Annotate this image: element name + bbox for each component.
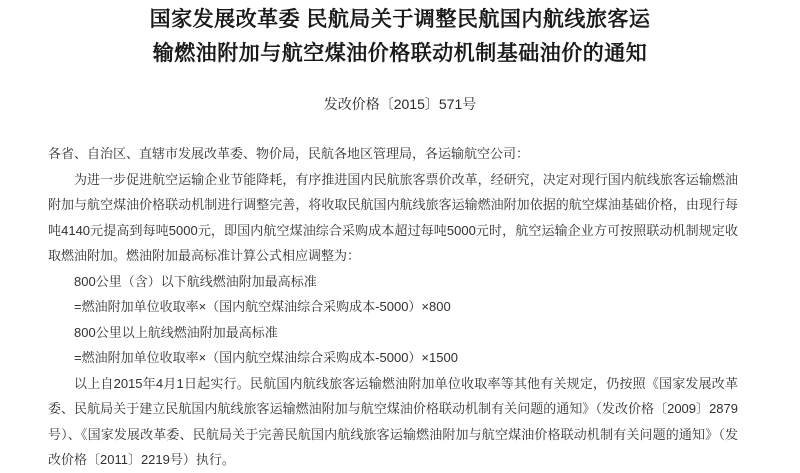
document-number: 发改价格〔2015〕571号 xyxy=(0,94,800,114)
body-paragraph: 为进一步促进航空运输企业节能降耗，有序推进国内民航旅客票价改革，经研究，决定对现… xyxy=(48,167,738,269)
document-title-line-1: 国家发展改革委 民航局关于调整民航国内航线旅客运 xyxy=(0,3,800,37)
body-paragraph: =燃油附加单位收取率×（国内航空煤油综合采购成本-5000）×800 xyxy=(48,294,738,320)
body-paragraph: =燃油附加单位收取率×（国内航空煤油综合采购成本-5000）×1500 xyxy=(48,345,738,371)
notice-document-page: 国家发展改革委 民航局关于调整民航国内航线旅客运 输燃油附加与航空煤油价格联动机… xyxy=(0,0,800,473)
document-title-line-2: 输燃油附加与航空煤油价格联动机制基础油价的通知 xyxy=(0,37,800,71)
document-title: 国家发展改革委 民航局关于调整民航国内航线旅客运 输燃油附加与航空煤油价格联动机… xyxy=(0,3,800,71)
body-paragraph: 800公里以上航线燃油附加最高标准 xyxy=(48,320,738,346)
body-paragraph: 800公里（含）以下航线燃油附加最高标准 xyxy=(48,269,738,295)
document-body: 各省、自治区、直辖市发展改革委、物价局，民航各地区管理局，各运输航空公司： 为进… xyxy=(0,141,738,473)
salutation-line: 各省、自治区、直辖市发展改革委、物价局，民航各地区管理局，各运输航空公司： xyxy=(48,141,738,167)
body-paragraph: 以上自2015年4月1日起实行。民航国内航线旅客运输燃油附加单位收取率等其他有关… xyxy=(48,371,738,473)
paragraph-list: 为进一步促进航空运输企业节能降耗，有序推进国内民航旅客票价改革，经研究，决定对现… xyxy=(48,167,738,473)
